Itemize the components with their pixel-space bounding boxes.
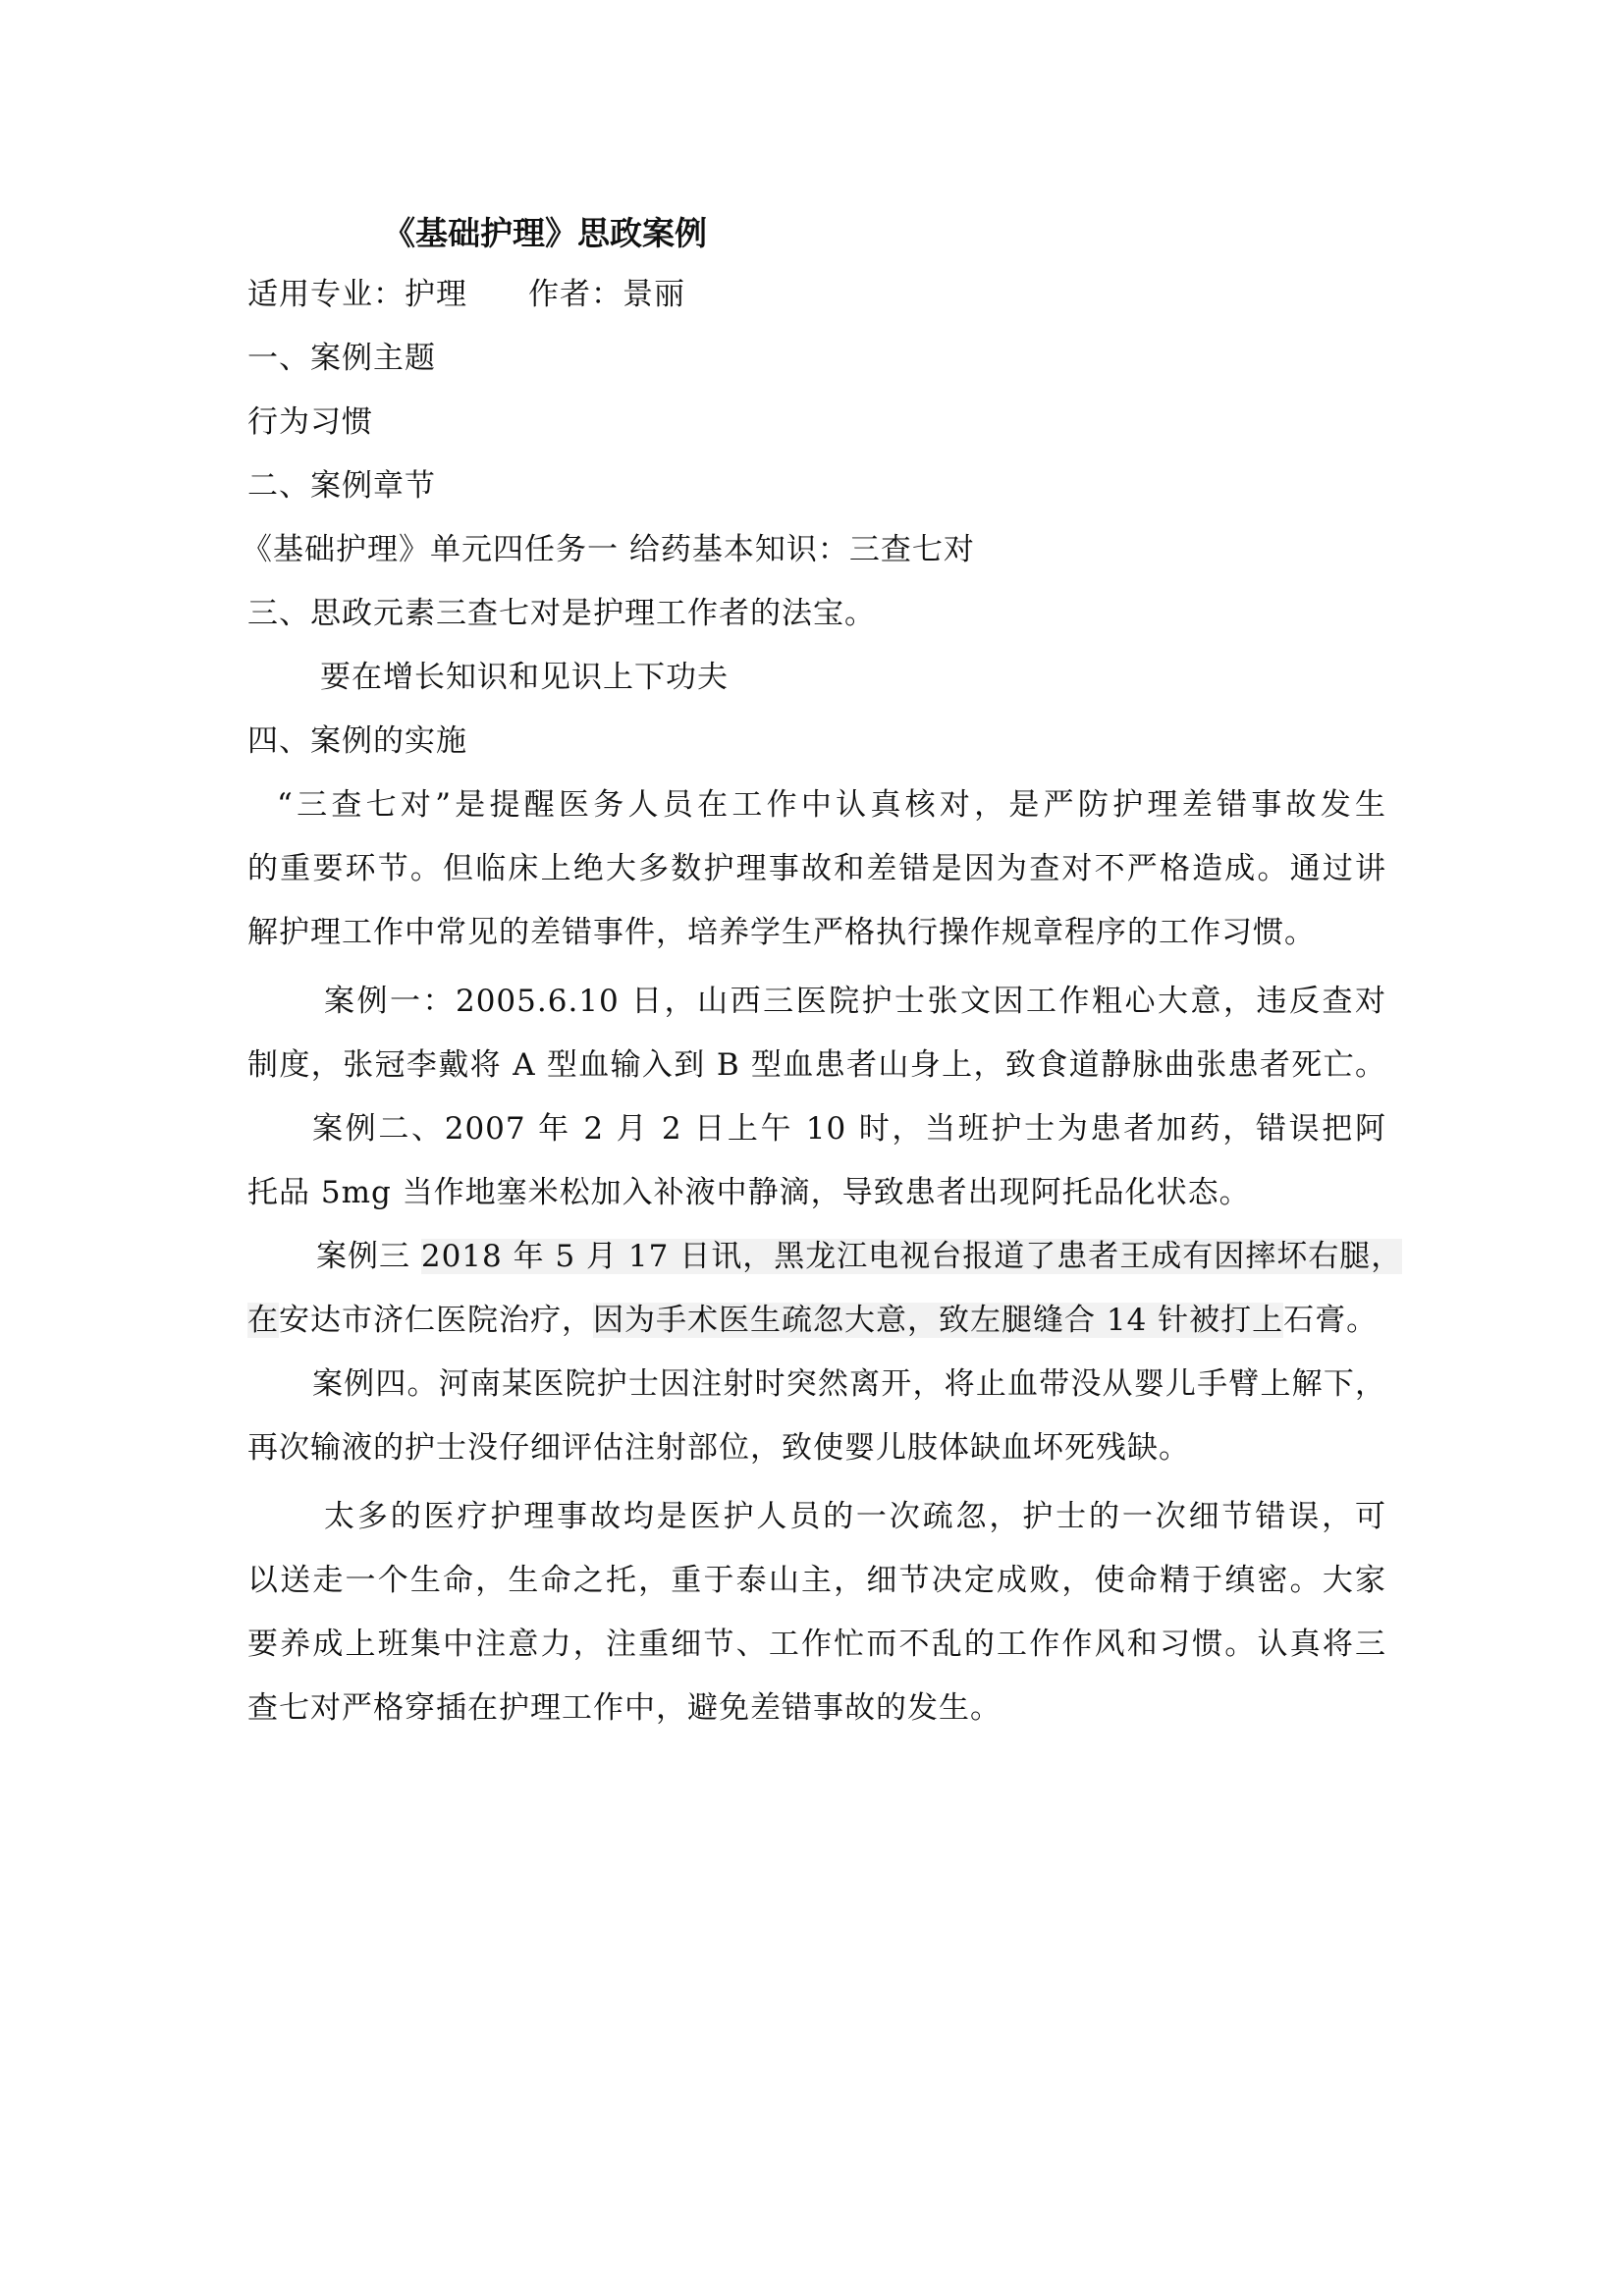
case-4-line-2: 再次输液的护士没仔细评估注射部位，致使婴儿肢体缺血坏死残缺。 [247, 1428, 1386, 1468]
case-3-highlight-1: 2018 年 5 月 17 日讯，黑龙江电视台报道了患者王成有因摔坏右腿， [421, 1239, 1402, 1274]
major-label: 适用专业： [247, 277, 405, 312]
case-2-line-1: 案例二、2007 年 2 月 2 日上午 10 时，当班护士为患者加药，错误把阿 [312, 1109, 1386, 1148]
section-4-heading: 四、案例的实施 [247, 721, 467, 761]
conclusion-line-3: 要养成上班集中注意力，注重细节、工作忙而不乱的工作作风和习惯。认真将三 [247, 1625, 1386, 1664]
case-1-line-1: 案例一：2005.6.10 日，山西三医院护士张文因工作粗心大意，违反查对 [324, 982, 1386, 1021]
major-value: 护理 [405, 277, 467, 312]
meta-line: 适用专业：护理作者：景丽 [247, 275, 685, 314]
case-3-line2-end: 石膏。 [1283, 1303, 1378, 1338]
section-2-heading: 二、案例章节 [247, 466, 436, 506]
section-1-heading: 一、案例主题 [247, 339, 436, 378]
intro-line-2: 的重要环节。但临床上绝大多数护理事故和差错是因为查对不严格造成。通过讲 [247, 849, 1386, 888]
section-2-body: 《基础护理》单元四任务一 给药基本知识：三查七对 [242, 530, 975, 569]
conclusion-line-1: 太多的医疗护理事故均是医护人员的一次疏忽，护士的一次细节错误，可 [324, 1497, 1386, 1536]
case-3-prefix: 案例三 [316, 1239, 421, 1274]
case-3-line-2: 在安达市济仁医院治疗，因为手术医生疏忽大意，致左腿缝合 14 针被打上石膏。 [247, 1301, 1378, 1340]
case-3-highlight-2b: 因为手术医生疏忽大意，致左腿缝合 14 针被打上 [593, 1303, 1283, 1338]
case-3-line2-start: 在 [247, 1303, 279, 1338]
case-4-line-1: 案例四。河南某医院护士因注射时突然离开，将止血带没从婴儿手臂上解下， [312, 1364, 1386, 1404]
section-1-body: 行为习惯 [247, 402, 373, 442]
case-3-highlight-2a: 安达市济仁医院治疗， [279, 1303, 593, 1338]
section-3-heading: 三、思政元素三查七对是护理工作者的法宝。 [247, 594, 876, 633]
section-3-body: 要在增长知识和见识上下功夫 [320, 658, 729, 697]
case-1-line-2: 制度，张冠李戴将 A 型血输入到 B 型血患者山身上，致食道静脉曲张患者死亡。 [247, 1045, 1386, 1085]
conclusion-line-4: 查七对严格穿插在护理工作中，避免差错事故的发生。 [247, 1688, 1386, 1728]
document-title: 《基础护理》思政案例 [383, 212, 707, 255]
author-label: 作者： [528, 277, 623, 312]
case-2-line-2: 托品 5mg 当作地塞米松加入补液中静滴，导致患者出现阿托品化状态。 [247, 1173, 1386, 1212]
intro-line-3: 解护理工作中常见的差错事件，培养学生严格执行操作规章程序的工作习惯。 [247, 913, 1386, 952]
intro-line-1: “三查七对”是提醒医务人员在工作中认真核对，是严防护理差错事故发生 [277, 785, 1386, 825]
document-page: 《基础护理》思政案例 适用专业：护理作者：景丽 一、案例主题 行为习惯 二、案例… [0, 0, 1624, 2296]
author-value: 景丽 [623, 277, 685, 312]
conclusion-line-2: 以送走一个生命，生命之托，重于泰山主，细节决定成败，使命精于缜密。大家 [247, 1561, 1386, 1600]
case-3-line-1: 案例三 2018 年 5 月 17 日讯，黑龙江电视台报道了患者王成有因摔坏右腿… [316, 1237, 1402, 1276]
